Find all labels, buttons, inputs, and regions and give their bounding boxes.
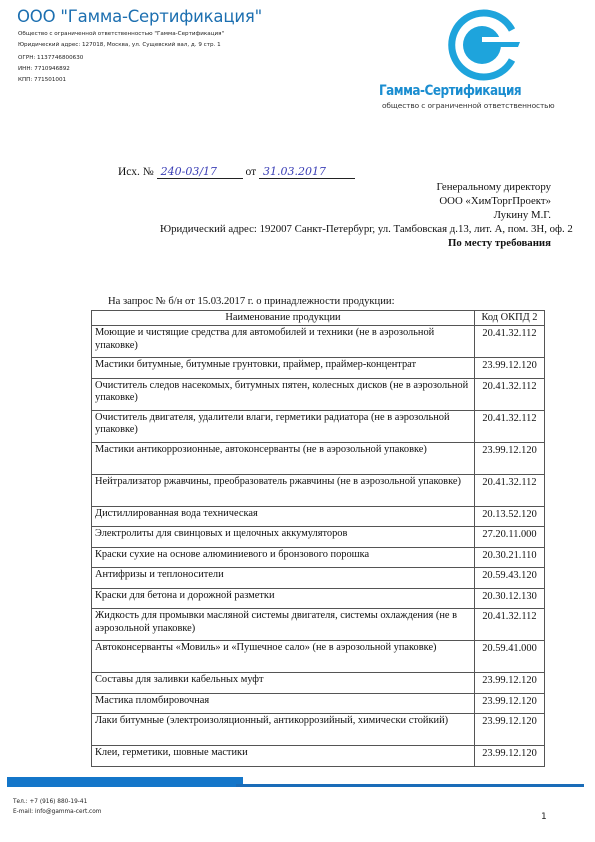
table-row: Электролиты для свинцовых и щелочных акк… bbox=[92, 527, 545, 548]
logo-subtitle: общество с ограниченной ответственностью bbox=[382, 101, 555, 110]
okpd2-code-cell: 20.41.32.112 bbox=[475, 410, 545, 442]
outgoing-date-handwritten: 31.03.2017 bbox=[259, 165, 355, 179]
okpd2-code-cell: 20.41.32.112 bbox=[475, 474, 545, 506]
table-row: Моющие и чистящие средства для автомобил… bbox=[92, 326, 545, 358]
addressee-person: Лукину М.Г. bbox=[494, 209, 551, 221]
outgoing-reference: Исх. № 240-03/17 от 31.03.2017 bbox=[118, 165, 355, 179]
request-line: На запрос № б/н от 15.03.2017 г. о прина… bbox=[108, 296, 395, 307]
table-row: Краски сухие на основе алюминиевого и бр… bbox=[92, 547, 545, 568]
okpd2-code-cell: 20.59.43.120 bbox=[475, 568, 545, 589]
product-name-cell: Автоконсерванты «Мовиль» и «Пушечное сал… bbox=[92, 641, 475, 673]
product-name-cell: Электролиты для свинцовых и щелочных акк… bbox=[92, 527, 475, 548]
table-row: Составы для заливки кабельных муфт23.99.… bbox=[92, 673, 545, 694]
addressee-destination: По месту требования bbox=[448, 237, 551, 249]
company-title: ООО "Гамма-Сертификация" bbox=[17, 7, 262, 26]
logo-name: Гамма-Сертификация bbox=[379, 83, 534, 99]
okpd2-code-cell: 23.99.12.120 bbox=[475, 442, 545, 474]
product-name-cell: Краски сухие на основе алюминиевого и бр… bbox=[92, 547, 475, 568]
okpd2-code-cell: 23.99.12.120 bbox=[475, 746, 545, 767]
table-row: Антифризы и теплоносители20.59.43.120 bbox=[92, 568, 545, 589]
product-name-cell: Очиститель следов насекомых, битумных пя… bbox=[92, 378, 475, 410]
okpd2-code-cell: 20.30.21.110 bbox=[475, 547, 545, 568]
table-row: Клеи, герметики, шовные мастики23.99.12.… bbox=[92, 746, 545, 767]
okpd2-code-cell: 23.99.12.120 bbox=[475, 714, 545, 746]
gamma-certification-logo-icon bbox=[430, 8, 540, 82]
table-row: Краски для бетона и дорожной разметки20.… bbox=[92, 588, 545, 609]
table-row: Нейтрализатор ржавчины, преобразователь … bbox=[92, 474, 545, 506]
header-product-name: Наименование продукции bbox=[92, 311, 475, 326]
product-name-cell: Жидкость для промывки масляной системы д… bbox=[92, 609, 475, 641]
company-full-name: Общество с ограниченной ответственностью… bbox=[18, 31, 224, 37]
table-row: Мастики битумные, битумные грунтовки, пр… bbox=[92, 358, 545, 379]
product-name-cell: Антифризы и теплоносители bbox=[92, 568, 475, 589]
outgoing-date-label: от bbox=[245, 166, 256, 178]
table-header-row: Наименование продукции Код ОКПД 2 bbox=[92, 311, 545, 326]
table-row: Дистиллированная вода техническая20.13.5… bbox=[92, 506, 545, 527]
okpd2-code-cell: 23.99.12.120 bbox=[475, 358, 545, 379]
footer-email: E-mail: info@gamma-cert.com bbox=[13, 809, 101, 815]
okpd2-code-cell: 23.99.12.120 bbox=[475, 673, 545, 694]
products-table: Наименование продукции Код ОКПД 2 Моющие… bbox=[91, 310, 545, 767]
okpd2-code-cell: 20.41.32.112 bbox=[475, 609, 545, 641]
product-name-cell: Мастики антикоррозионные, автоконсервант… bbox=[92, 442, 475, 474]
okpd2-code-cell: 20.41.32.112 bbox=[475, 378, 545, 410]
product-name-cell: Дистиллированная вода техническая bbox=[92, 506, 475, 527]
company-kpp: КПП: 771501001 bbox=[18, 77, 66, 83]
footer-line bbox=[236, 784, 584, 787]
footer-phone: Тел.: +7 (916) 880-19-41 bbox=[13, 799, 87, 805]
product-name-cell: Нейтрализатор ржавчины, преобразователь … bbox=[92, 474, 475, 506]
okpd2-code-cell: 20.13.52.120 bbox=[475, 506, 545, 527]
okpd2-code-cell: 20.41.32.112 bbox=[475, 326, 545, 358]
table-row: Очиститель двигателя, удалители влаги, г… bbox=[92, 410, 545, 442]
okpd2-code-cell: 23.99.12.120 bbox=[475, 693, 545, 714]
product-name-cell: Составы для заливки кабельных муфт bbox=[92, 673, 475, 694]
product-name-cell: Моющие и чистящие средства для автомобил… bbox=[92, 326, 475, 358]
header-okpd2-code: Код ОКПД 2 bbox=[475, 311, 545, 326]
company-ogrn: ОГРН: 1137746800630 bbox=[18, 55, 83, 61]
product-name-cell: Очиститель двигателя, удалители влаги, г… bbox=[92, 410, 475, 442]
table-row: Очиститель следов насекомых, битумных пя… bbox=[92, 378, 545, 410]
okpd2-code-cell: 20.59.41.000 bbox=[475, 641, 545, 673]
addressee-legal-address: Юридический адрес: 192007 Санкт-Петербур… bbox=[160, 223, 551, 235]
product-name-cell: Краски для бетона и дорожной разметки bbox=[92, 588, 475, 609]
okpd2-code-cell: 27.20.11.000 bbox=[475, 527, 545, 548]
addressee-position: Генеральному директору bbox=[437, 181, 551, 193]
table-row: Мастика пломбировочная23.99.12.120 bbox=[92, 693, 545, 714]
addressee-company: ООО «ХимТоргПроект» bbox=[439, 195, 551, 207]
product-name-cell: Мастика пломбировочная bbox=[92, 693, 475, 714]
product-name-cell: Мастики битумные, битумные грунтовки, пр… bbox=[92, 358, 475, 379]
company-inn: ИНН: 7710946892 bbox=[18, 66, 70, 72]
outgoing-number-label: Исх. № bbox=[118, 166, 154, 178]
product-name-cell: Лаки битумные (электроизоляционный, анти… bbox=[92, 714, 475, 746]
footer-bar bbox=[7, 777, 243, 787]
outgoing-number-handwritten: 240-03/17 bbox=[157, 165, 243, 179]
table-row: Жидкость для промывки масляной системы д… bbox=[92, 609, 545, 641]
table-row: Лаки битумные (электроизоляционный, анти… bbox=[92, 714, 545, 746]
table-row: Мастики антикоррозионные, автоконсервант… bbox=[92, 442, 545, 474]
company-legal-address: Юридический адрес: 127018, Москва, ул. С… bbox=[18, 42, 221, 48]
table-row: Автоконсерванты «Мовиль» и «Пушечное сал… bbox=[92, 641, 545, 673]
product-name-cell: Клеи, герметики, шовные мастики bbox=[92, 746, 475, 767]
page-number: 1 bbox=[541, 812, 547, 822]
okpd2-code-cell: 20.30.12.130 bbox=[475, 588, 545, 609]
